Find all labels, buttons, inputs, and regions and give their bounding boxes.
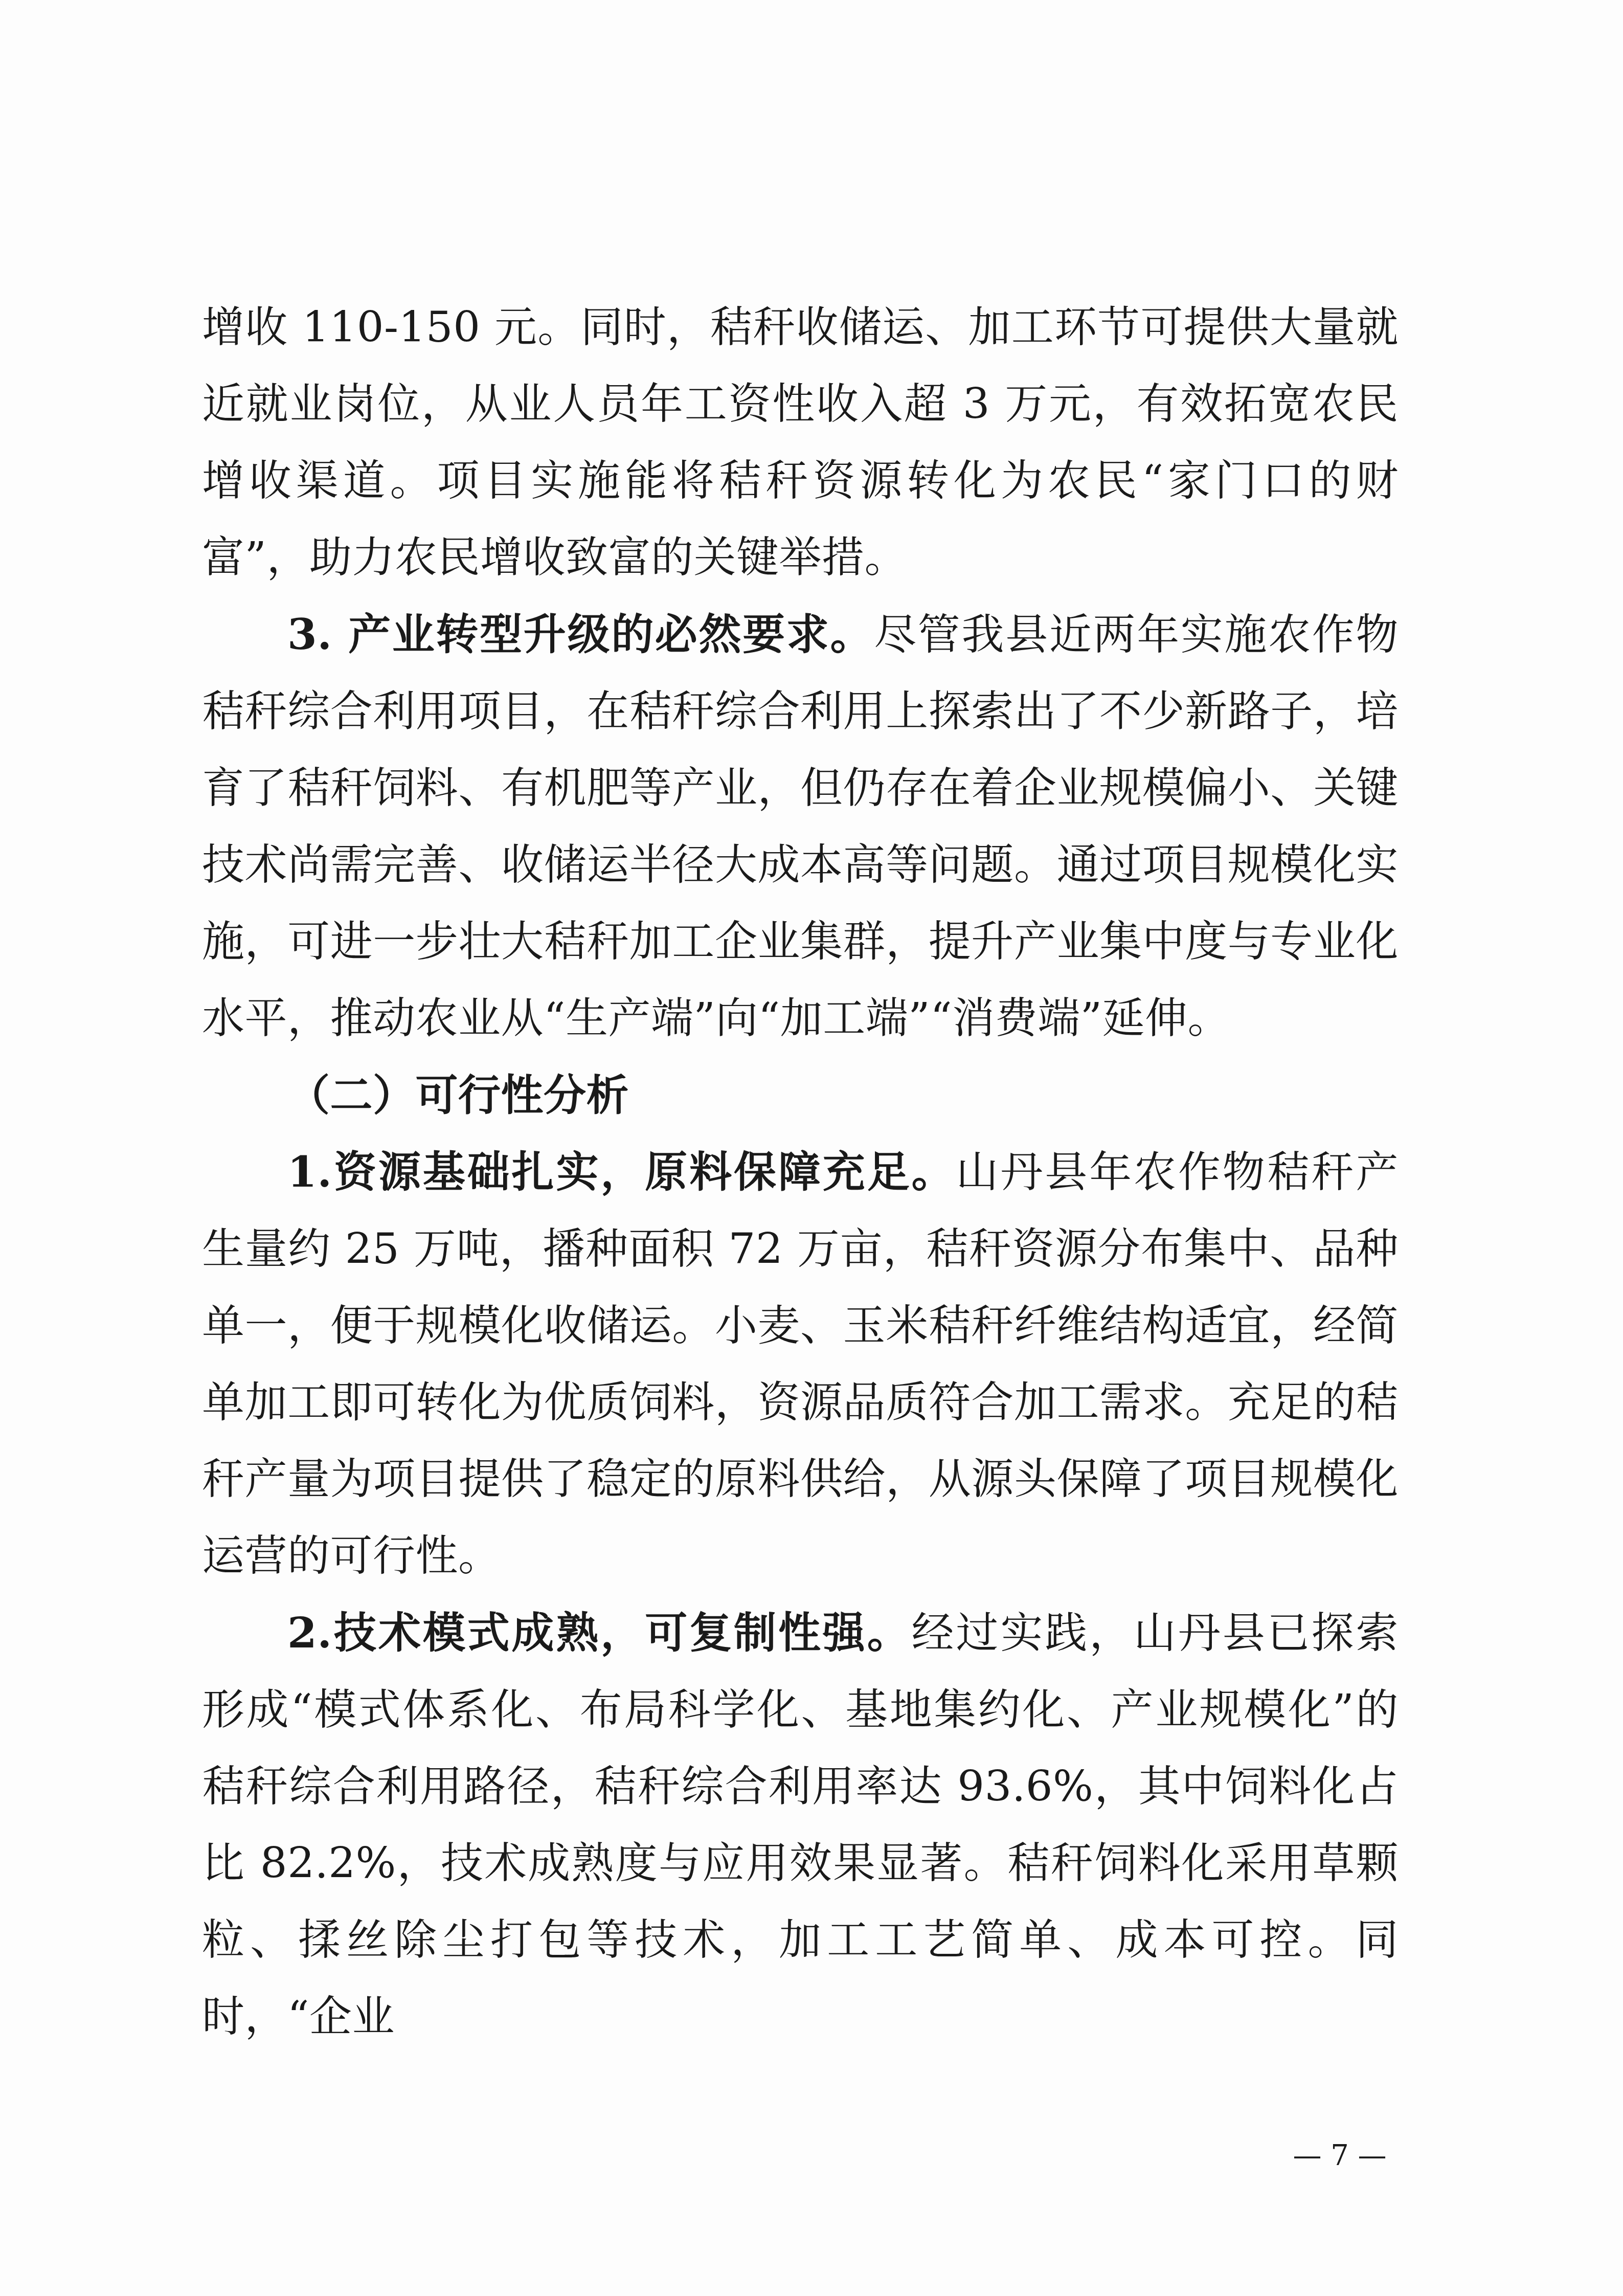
paragraph-technology-model: 2.技术模式成熟，可复制性强。经过实践，山丹县已探索形成“模式体系化、布局科学化… [202, 1594, 1399, 2055]
paragraph-industrial-upgrade: 3. 产业转型升级的必然要求。尽管我县近两年实施农作物秸秆综合利用项目，在秸秆综… [202, 596, 1399, 1057]
page-number: — 7 — [1281, 2133, 1399, 2179]
paragraph-text: 尽管我县近两年实施农作物秸秆综合利用项目，在秸秆综合利用上探索出了不少新路子，培… [202, 610, 1399, 1043]
paragraph-lead-heading: 3. 产业转型升级的必然要求。 [287, 609, 874, 659]
paragraph-text: 增收 110-150 元。同时，秸秆收储运、加工环节可提供大量就近就业岗位，从业… [202, 302, 1399, 582]
paragraph-lead-heading: 1.资源基础扎实，原料保障充足。 [287, 1147, 956, 1197]
paragraph-farmer-income: 增收 110-150 元。同时，秸秆收储运、加工环节可提供大量就近就业岗位，从业… [202, 289, 1399, 596]
paragraph-lead-heading: 2.技术模式成熟，可复制性强。 [287, 1608, 912, 1658]
paragraph-resource-base: 1.资源基础扎实，原料保障充足。山丹县年农作物秸秆产生量约 25 万吨，播种面积… [202, 1133, 1399, 1594]
paragraph-text: 山丹县年农作物秸秆产生量约 25 万吨，播种面积 72 万亩，秸秆资源分布集中、… [202, 1147, 1399, 1580]
document-page: 增收 110-150 元。同时，秸秆收储运、加工环节可提供大量就近就业岗位，从业… [0, 0, 1623, 2296]
body-text: 增收 110-150 元。同时，秸秆收储运、加工环节可提供大量就近就业岗位，从业… [202, 289, 1399, 2055]
paragraph-text: 经过实践，山丹县已探索形成“模式体系化、布局科学化、基地集约化、产业规模化”的秸… [202, 1608, 1399, 2041]
section-heading-feasibility: （二）可行性分析 [202, 1057, 1399, 1133]
